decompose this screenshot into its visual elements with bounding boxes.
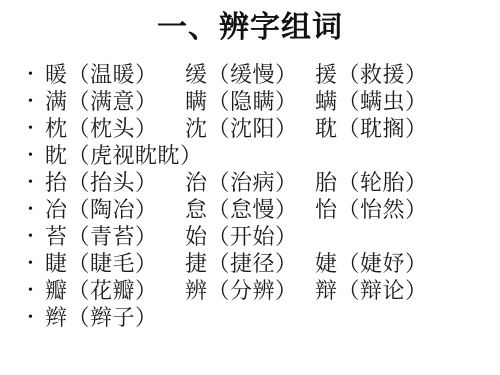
word-row-3: • 枕（枕头） 沈（沈阳） 耽（耽搁） (0, 115, 500, 142)
word-group: 耽（耽搁） (315, 115, 428, 142)
word-group: 辫（辫子） (45, 304, 185, 331)
word-group: 怡（怡然） (315, 196, 428, 223)
slide: 一、辨字组词 • 暖（温暖） 缓（缓慢） 援（救援） • 满（满意） 瞒（隐瞒）… (0, 0, 500, 375)
word-group: 沈（沈阳） (185, 115, 315, 142)
word-group: 缓（缓慢） (185, 61, 315, 88)
word-group: 暖（温暖） (45, 61, 185, 88)
word-group: 瞒（隐瞒） (185, 88, 315, 115)
bullet-icon: • (28, 277, 45, 304)
word-row-7: • 苔（青苔） 始（开始） (0, 223, 500, 250)
page-title: 一、辨字组词 (0, 0, 500, 44)
word-row-2: • 满（满意） 瞒（隐瞒） 螨（螨虫） (0, 88, 500, 115)
bullet-icon: • (28, 223, 45, 250)
word-group: 满（满意） (45, 88, 185, 115)
word-group: 辩（辩论） (315, 277, 428, 304)
word-group: 瓣（花瓣） (45, 277, 185, 304)
bullet-icon: • (28, 250, 45, 277)
bullet-icon: • (28, 304, 45, 331)
word-group: 螨（螨虫） (315, 88, 428, 115)
word-group: 睫（睫毛） (45, 250, 185, 277)
word-row-6: • 冶（陶冶） 怠（怠慢） 怡（怡然） (0, 196, 500, 223)
word-row-9: • 瓣（花瓣） 辨（分辨） 辩（辩论） (0, 277, 500, 304)
bullet-icon: • (28, 115, 45, 142)
word-group: 怠（怠慢） (185, 196, 315, 223)
word-row-4: • 眈（虎视眈眈） (0, 142, 500, 169)
bullet-icon: • (28, 61, 45, 88)
bullet-icon: • (28, 169, 45, 196)
word-group: 捷（捷径） (185, 250, 315, 277)
word-row-8: • 睫（睫毛） 捷（捷径） 婕（婕妤） (0, 250, 500, 277)
word-group: 眈（虎视眈眈） (45, 142, 185, 169)
word-group: 辨（分辨） (185, 277, 315, 304)
word-group: 婕（婕妤） (315, 250, 428, 277)
word-group: 胎（轮胎） (315, 169, 428, 196)
word-group: 治（治病） (185, 169, 315, 196)
bullet-icon: • (28, 88, 45, 115)
word-group: 冶（陶冶） (45, 196, 185, 223)
bullet-icon: • (28, 196, 45, 223)
word-list: • 暖（温暖） 缓（缓慢） 援（救援） • 满（满意） 瞒（隐瞒） 螨（螨虫） … (0, 61, 500, 331)
word-group: 抬（抬头） (45, 169, 185, 196)
word-group: 枕（枕头） (45, 115, 185, 142)
word-row-10: • 辫（辫子） (0, 304, 500, 331)
word-row-1: • 暖（温暖） 缓（缓慢） 援（救援） (0, 61, 500, 88)
bullet-icon: • (28, 142, 45, 169)
word-group: 始（开始） (185, 223, 315, 250)
word-group: 援（救援） (315, 61, 428, 88)
word-group: 苔（青苔） (45, 223, 185, 250)
word-row-5: • 抬（抬头） 治（治病） 胎（轮胎） (0, 169, 500, 196)
